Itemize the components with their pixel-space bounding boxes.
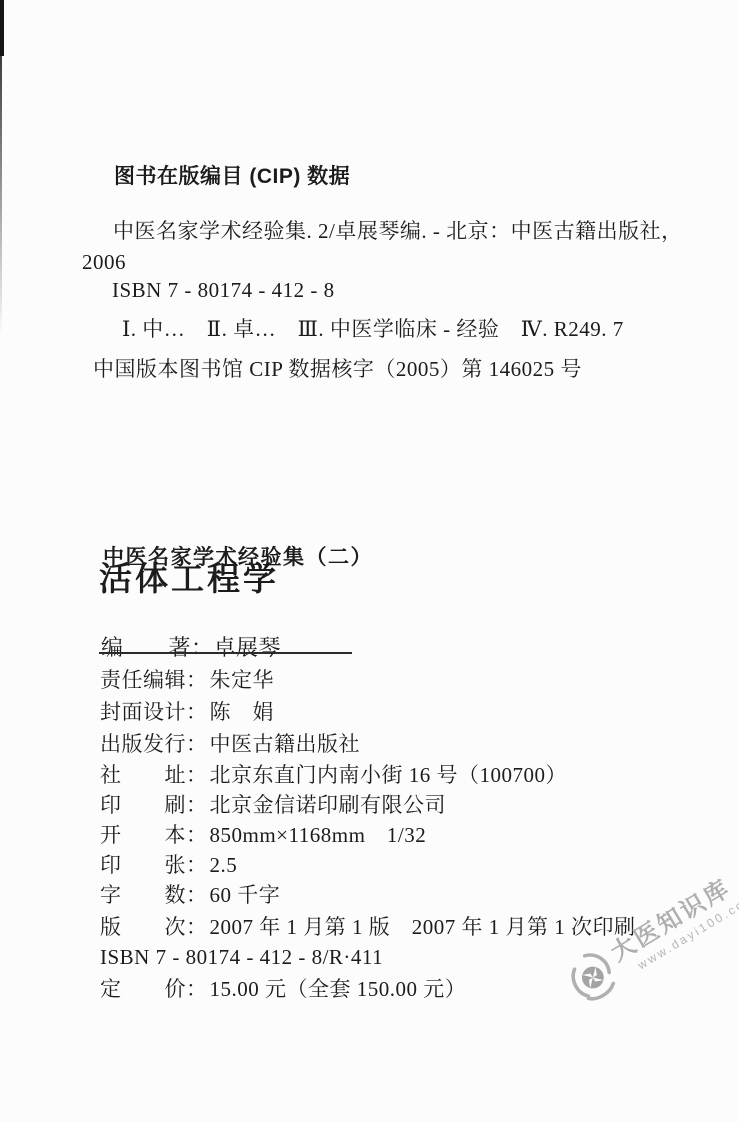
field-value: 15.00 元（全套 150.00 元）	[208, 977, 467, 1001]
editor-label: 编 著：	[101, 635, 214, 660]
pub-row-responsible-editor: 责任编辑：朱定华	[100, 668, 274, 693]
dayi-logo-icon	[554, 938, 630, 1016]
book-copyright-page: 图书在版编目 (CIP) 数据 中医名家学术经验集. 2/卓展琴编. - 北京：…	[0, 0, 739, 1122]
field-label: 出版发行：	[100, 732, 208, 756]
field-label: 印 张：	[100, 853, 208, 877]
field-value: 850mm×1168mm 1/32	[208, 823, 427, 847]
pub-row-price: 定 价：15.00 元（全套 150.00 元）	[100, 977, 466, 1002]
field-value: ISBN 7 - 80174 - 412 - 8/R·411	[100, 945, 383, 969]
field-label: 印 刷：	[100, 793, 208, 817]
pub-row-sheets: 印 张：2.5	[100, 853, 237, 878]
watermark-name: 大医知识库	[603, 860, 739, 968]
field-label: 字 数：	[100, 883, 208, 907]
cip-record-number: 中国版本图书馆 CIP 数据核字（2005）第 146025 号	[93, 357, 582, 382]
scan-edge-artifact-fade	[0, 56, 2, 336]
editor-name: 卓展琴	[214, 635, 282, 660]
field-label: 封面设计：	[100, 700, 208, 724]
scan-edge-artifact-dark	[0, 0, 4, 56]
cip-title-statement: 中医名家学术经验集. 2/卓展琴编. - 北京：中医古籍出版社，	[113, 219, 683, 244]
pub-row-format: 开 本：850mm×1168mm 1/32	[100, 823, 426, 848]
field-label: 开 本：	[100, 823, 208, 847]
pub-row-address: 社 址：北京东直门内南小街 16 号（100700）	[100, 763, 567, 788]
field-value: 2007 年 1 月第 1 版 2007 年 1 月第 1 次印刷	[208, 915, 636, 939]
editor-line: 编 著：卓展琴	[101, 635, 281, 661]
book-title: 活体工程学	[99, 553, 279, 600]
pub-row-isbn: ISBN 7 - 80174 - 412 - 8/R·411	[100, 945, 383, 970]
field-value: 北京东直门内南小街 16 号（100700）	[208, 763, 568, 787]
pub-row-printer: 印 刷：北京金信诺印刷有限公司	[100, 793, 446, 818]
watermark-url: www.dayi100.com	[635, 890, 739, 972]
cip-isbn: ISBN 7 - 80174 - 412 - 8	[112, 278, 335, 303]
cip-publication-year: 2006	[82, 250, 126, 275]
pub-row-cover-design: 封面设计：陈 娟	[100, 700, 274, 725]
field-label: 责任编辑：	[100, 668, 208, 692]
field-value: 60 千字	[208, 883, 281, 907]
field-label: 版 次：	[100, 915, 208, 939]
field-value: 2.5	[208, 853, 238, 877]
field-value: 朱定华	[208, 668, 275, 692]
cip-heading: 图书在版编目 (CIP) 数据	[114, 164, 350, 189]
field-value: 中医古籍出版社	[208, 732, 361, 756]
pub-row-edition: 版 次：2007 年 1 月第 1 版 2007 年 1 月第 1 次印刷	[100, 915, 636, 940]
field-label: 社 址：	[100, 763, 208, 787]
divider-line	[99, 652, 352, 654]
field-label: 定 价：	[100, 977, 208, 1001]
pub-row-publisher: 出版发行：中医古籍出版社	[100, 732, 360, 757]
field-value: 陈 娟	[208, 700, 275, 724]
field-value: 北京金信诺印刷有限公司	[208, 793, 447, 817]
cip-classification: Ⅰ. 中… Ⅱ. 卓… Ⅲ. 中医学临床 - 经验 Ⅳ. R249. 7	[122, 317, 624, 342]
pub-row-word-count: 字 数：60 千字	[100, 883, 280, 908]
